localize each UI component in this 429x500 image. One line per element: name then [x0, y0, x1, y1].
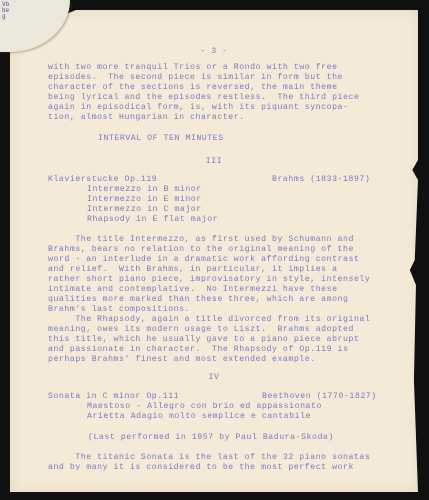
- text-line: Brahms, bears no relation to the origina…: [48, 245, 354, 255]
- work-title: Klavierstucke Op.119: [48, 175, 157, 185]
- document-page: - 3 - with two more tranquil Trios or a …: [10, 10, 418, 492]
- text-line: being lyrical and the episodes restless.…: [48, 93, 359, 103]
- composer: Brahms (1833-1897): [272, 175, 370, 185]
- text-line: episodes. The second piece is similar in…: [48, 73, 343, 83]
- text-line: and relief. With Brahms, in particular, …: [48, 265, 338, 275]
- text-line: The Rhapsody, again a title divorced fro…: [48, 315, 370, 325]
- text-line: again in episodical form, is, with its p…: [48, 103, 348, 113]
- section-numeral: IV: [10, 373, 418, 383]
- page-number: - 3 -: [10, 47, 418, 57]
- text-line: tion, almost Hungarian in character.: [48, 113, 245, 123]
- text-line: word - an interlude in a dramatic work a…: [48, 255, 359, 265]
- movement: Intermezzo in B minor: [87, 185, 202, 195]
- text-line: rather short piano piece, improvisatory …: [48, 275, 370, 285]
- corner-fragment-text: Vbbeg: [2, 2, 10, 20]
- performance-note: (Last performed in 1957 by Paul Badura-S…: [88, 433, 334, 443]
- text-line: qualities more marked than these three, …: [48, 295, 348, 305]
- movement: Intermezzo in C major: [87, 205, 202, 215]
- text-line: and passionate in character. The Rhapsod…: [48, 345, 348, 355]
- section-numeral: III: [10, 157, 418, 167]
- movement: Maestoso - Allegro con brio ed appassion…: [87, 402, 322, 412]
- movement: Arietta Adagio molto semplice e cantabil…: [87, 412, 311, 422]
- movement: Intermezzo in E minor: [87, 195, 202, 205]
- text-line: this title, which he usually gave to a p…: [48, 335, 359, 345]
- text-line: meaning, owes its modern usage to Liszt.…: [48, 325, 354, 335]
- text-line: character of the sections is reversed, t…: [48, 83, 338, 93]
- movement: Rhapsody in E flat major: [87, 215, 218, 225]
- work-title: Sonata in C minor Op.111: [48, 392, 179, 402]
- text-line: intimate and contemplative. No Intermezz…: [48, 285, 338, 295]
- text-line: Brahm's last compositions.: [48, 305, 190, 315]
- text-line: The title Intermezzo, as first used by S…: [48, 235, 354, 245]
- interval-heading: INTERVAL OF TEN MINUTES: [98, 134, 224, 144]
- text-line: with two more tranquil Trios or a Rondo …: [48, 63, 338, 73]
- text-line: perhaps Brahms' finest and most extended…: [48, 355, 316, 365]
- text-line: The titanic Sonata is the last of the 32…: [48, 453, 370, 463]
- text-line: and by many it is considered to be the m…: [48, 463, 354, 473]
- composer: Beethoven (1770-1827): [262, 392, 377, 402]
